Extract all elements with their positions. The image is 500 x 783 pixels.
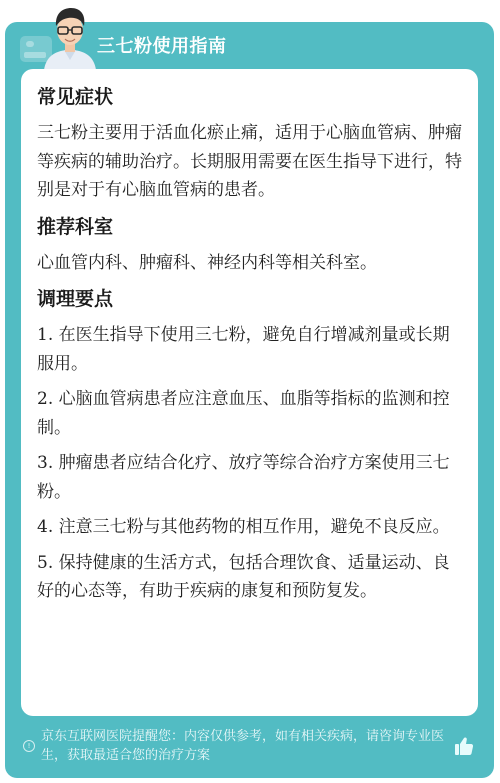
list-item: 5. 保持健康的生活方式，包括合理饮食、适量运动、良好的心态等，有助于疾病的康复…: [37, 549, 462, 606]
departments-text: 心血管内科、肿瘤科、神经内科等相关科室。: [37, 249, 462, 278]
list-item: 3. 肿瘤患者应结合化疗、放疗等综合治疗方案使用三七粉。: [37, 449, 462, 506]
list-text: 在医生指导下使用三七粉，避免自行增减剂量或长期服用。: [37, 325, 450, 374]
thumbs-up-icon[interactable]: [454, 736, 474, 756]
section-title-symptoms: 常见症状: [37, 83, 462, 111]
page-title: 三七粉使用指南: [97, 32, 227, 58]
list-number: 3.: [37, 453, 53, 473]
list-text: 心脑血管病患者应注意血压、血脂等指标的监测和控制。: [37, 389, 450, 438]
list-text: 保持健康的生活方式，包括合理饮食、适量运动、良好的心态等，有助于疾病的康复和预防…: [37, 553, 450, 602]
list-number: 1.: [37, 325, 53, 345]
header: 三七粉使用指南: [5, 22, 494, 68]
list-text: 注意三七粉与其他药物的相互作用，避免不良反应。: [53, 517, 449, 537]
section-title-departments: 推荐科室: [37, 213, 462, 241]
info-icon: !: [23, 740, 35, 752]
list-item: 4. 注意三七粉与其他药物的相互作用，避免不良反应。: [37, 513, 462, 542]
section-title-care: 调理要点: [37, 285, 462, 313]
guide-card-container: 三七粉使用指南 常见症状 三七粉主要用于活血化瘀止痛，适用于心脑血管病、肿瘤等疾…: [5, 22, 494, 778]
disclaimer-text: 京东互联网医院提醒您：内容仅供参考，如有相关疾病，请咨询专业医生，获取最适合您的…: [41, 727, 451, 765]
list-text: 肿瘤患者应结合化疗、放疗等综合治疗方案使用三七粉。: [37, 453, 450, 502]
list-number: 5.: [37, 553, 53, 573]
doctor-avatar: [40, 4, 100, 70]
content-card: 常见症状 三七粉主要用于活血化瘀止痛，适用于心脑血管病、肿瘤等疾病的辅助治疗。长…: [21, 69, 478, 716]
list-item: 2. 心脑血管病患者应注意血压、血脂等指标的监测和控制。: [37, 385, 462, 442]
footer: ! 京东互联网医院提醒您：内容仅供参考，如有相关疾病，请咨询专业医生，获取最适合…: [5, 722, 494, 772]
symptoms-text: 三七粉主要用于活血化瘀止痛，适用于心脑血管病、肿瘤等疾病的辅助治疗。长期服用需要…: [37, 119, 462, 205]
list-number: 4.: [37, 517, 53, 537]
list-number: 2.: [37, 389, 53, 409]
list-item: 1. 在医生指导下使用三七粉，避免自行增减剂量或长期服用。: [37, 321, 462, 378]
